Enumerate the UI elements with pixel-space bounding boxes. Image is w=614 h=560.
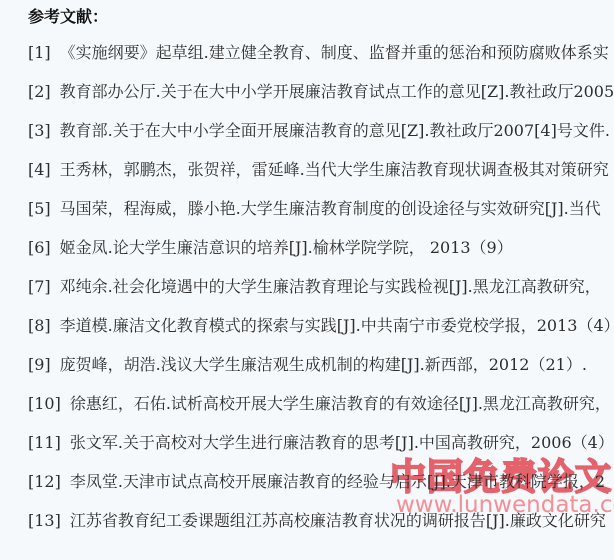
reference-text: 李道模.廉洁文化教育模式的探索与实践[J].中共南宁市委党校学报，2013（4）	[60, 316, 614, 335]
reference-item: [11]张文军.关于高校对大学生进行廉洁教育的思考[J].中国高教研究，2006…	[28, 434, 614, 451]
reference-item: [1]《实施纲要》起草组.建立健全教育、制度、监督并重的惩治和预防腐败体系实	[28, 44, 614, 61]
reference-number: [13]	[28, 512, 61, 529]
reference-number: [9]	[28, 356, 51, 373]
reference-item: [6]姬金凤.论大学生廉洁意识的培养[J].榆林学院学院， 2013（9）	[28, 239, 614, 256]
reference-text: 《实施纲要》起草组.建立健全教育、制度、监督并重的惩治和预防腐败体系实	[60, 43, 609, 62]
reference-number: [7]	[28, 278, 51, 295]
reference-item: [5]马国荣，程海威，滕小艳.大学生廉洁教育制度的创设途径与实效研究[J].当代	[28, 200, 614, 217]
reference-item: [7]邓纯余.社会化境遇中的大学生廉洁教育理论与实践检视[J].黑龙江高教研究，	[28, 278, 614, 295]
reference-item: [2]教育部办公厅.关于在大中小学开展廉洁教育试点工作的意见[Z].教社政厅20…	[28, 83, 614, 100]
reference-number: [2]	[28, 83, 51, 100]
reference-item: [13]江苏省教育纪工委课题组江苏高校廉洁教育状况的调研报告[J].廉政文化研究	[28, 512, 614, 529]
reference-item: [4]王秀林，郭鹏杰，张贺祥，雷延峰.当代大学生廉洁教育现状调查极其对策研究	[28, 161, 614, 178]
reference-number: [4]	[28, 161, 51, 178]
reference-text: 教育部办公厅.关于在大中小学开展廉洁教育试点工作的意见[Z].教社政厅2005	[60, 82, 614, 101]
reference-number: [5]	[28, 200, 51, 217]
references-heading: 参考文献：	[28, 8, 614, 25]
reference-item: [12]李凤堂.天津市试点高校开展廉洁教育的经验与启示[J].天津市教科院学报，…	[28, 473, 614, 490]
reference-text: 徐惠红，石佑.试析高校开展大学生廉洁教育的有效途径[J].黑龙江高教研究，	[70, 394, 611, 413]
reference-text: 张文军.关于高校对大学生进行廉洁教育的思考[J].中国高教研究，2006（4）	[70, 433, 614, 452]
reference-item: [8]李道模.廉洁文化教育模式的探索与实践[J].中共南宁市委党校学报，2013…	[28, 317, 614, 334]
reference-number: [3]	[28, 122, 51, 139]
reference-text: 教育部.关于在大中小学全面开展廉洁教育的意见[Z].教社政厅2007[4]号文件…	[60, 121, 610, 140]
references-page: 参考文献： [1]《实施纲要》起草组.建立健全教育、制度、监督并重的惩治和预防腐…	[0, 0, 614, 529]
reference-number: [6]	[28, 239, 51, 256]
reference-item: [9]庞贺峰，胡浩.浅议大学生廉洁观生成机制的构建[J].新西部，2012（21…	[28, 356, 614, 373]
reference-number: [12]	[28, 473, 61, 490]
reference-list: [1]《实施纲要》起草组.建立健全教育、制度、监督并重的惩治和预防腐败体系实[2…	[28, 44, 614, 529]
reference-number: [11]	[28, 434, 61, 451]
reference-number: [8]	[28, 317, 51, 334]
reference-text: 江苏省教育纪工委课题组江苏高校廉洁教育状况的调研报告[J].廉政文化研究	[70, 511, 606, 530]
reference-text: 庞贺峰，胡浩.浅议大学生廉洁观生成机制的构建[J].新西部，2012（21）.	[60, 355, 587, 374]
reference-item: [3]教育部.关于在大中小学全面开展廉洁教育的意见[Z].教社政厅2007[4]…	[28, 122, 614, 139]
reference-text: 王秀林，郭鹏杰，张贺祥，雷延峰.当代大学生廉洁教育现状调查极其对策研究	[60, 160, 609, 179]
reference-number: [10]	[28, 395, 61, 412]
reference-text: 李凤堂.天津市试点高校开展廉洁教育的经验与启示[J].天津市教科院学报，2	[70, 472, 605, 491]
reference-text: 姬金凤.论大学生廉洁意识的培养[J].榆林学院学院， 2013（9）	[60, 238, 513, 257]
reference-text: 邓纯余.社会化境遇中的大学生廉洁教育理论与实践检视[J].黑龙江高教研究，	[60, 277, 601, 296]
reference-number: [1]	[28, 44, 51, 61]
reference-item: [10]徐惠红，石佑.试析高校开展大学生廉洁教育的有效途径[J].黑龙江高教研究…	[28, 395, 614, 412]
reference-text: 马国荣，程海威，滕小艳.大学生廉洁教育制度的创设途径与实效研究[J].当代	[60, 199, 601, 218]
